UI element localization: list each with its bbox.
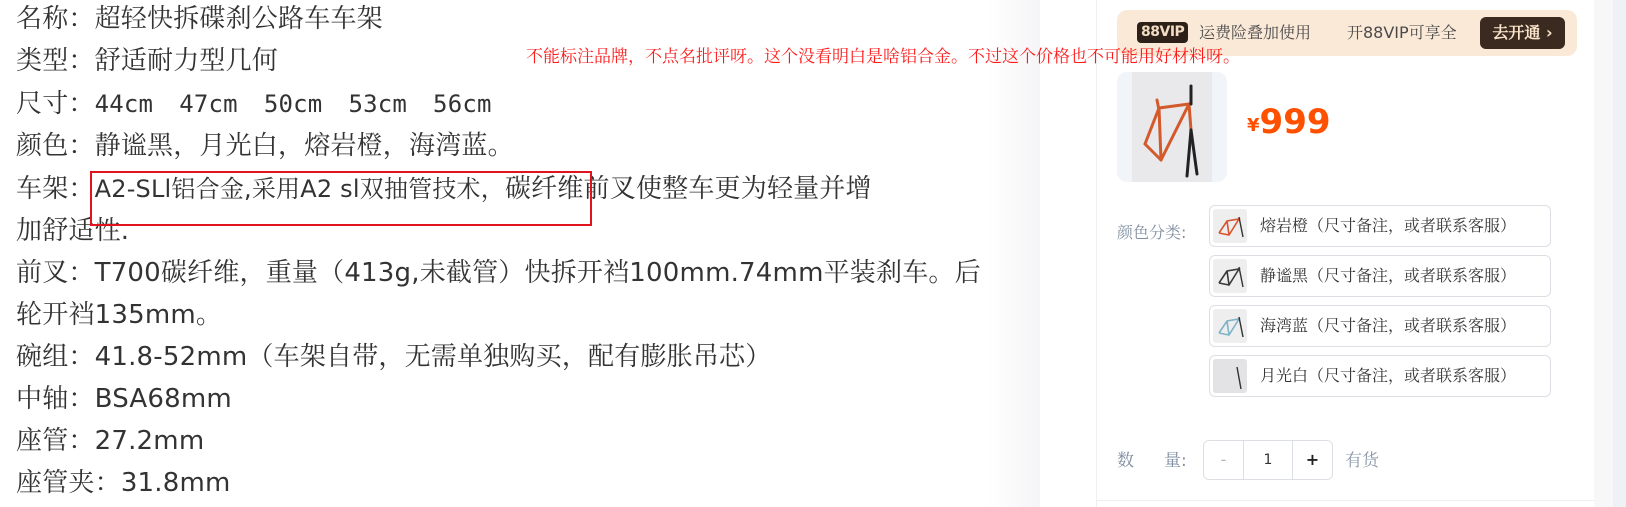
quantity-input[interactable]: 1 bbox=[1244, 441, 1292, 479]
currency-symbol: ¥ bbox=[1247, 115, 1260, 136]
vip-badge: 88VIP bbox=[1137, 22, 1188, 43]
swatch-orange-icon bbox=[1213, 209, 1247, 243]
color-option-lava-orange[interactable]: 熔岩橙（尺寸备注，或者联系客服） bbox=[1209, 205, 1551, 247]
desc-line-seat-clamp: 座管夹：31.8mm bbox=[16, 466, 231, 500]
desc-line-sizes: 尺寸：44cm47cm50cm53cm56cm bbox=[16, 87, 492, 121]
stock-status: 有货 bbox=[1345, 450, 1379, 472]
size-47: 47cm bbox=[179, 90, 238, 118]
red-annotation: 不能标注品牌，不点名批评呀。这个没看明白是啥铝合金。不过这个价格也不可能用好材料… bbox=[526, 46, 1240, 68]
swatch-white-icon bbox=[1213, 359, 1247, 393]
product-price: ¥999 bbox=[1247, 100, 1331, 144]
desc-line-fork: 前叉：T700碳纤维，重量（413g,未截管）快拆开裆100mm.74mm平装刹… bbox=[16, 256, 981, 290]
desc-line-name: 名称：超轻快拆碟刹公路车车架 bbox=[16, 2, 383, 36]
desc-line-colors: 颜色：静谧黑，月光白，熔岩橙，海湾蓝。 bbox=[16, 129, 514, 163]
product-description: 名称：超轻快拆碟刹公路车车架 类型：舒适耐力型几何 尺寸：44cm47cm50c… bbox=[0, 0, 1040, 507]
quantity-label: 数量: bbox=[1117, 450, 1187, 472]
desc-line-headset: 碗组：41.8-52mm（车架自带，无需单独购买，配有膨胀吊芯） bbox=[16, 340, 771, 374]
color-category-label: 颜色分类: bbox=[1117, 222, 1186, 244]
increase-quantity-button[interactable]: + bbox=[1292, 441, 1332, 479]
red-highlight-box bbox=[90, 171, 592, 226]
color-option-quiet-black[interactable]: 静谧黑（尺寸备注，或者联系客服） bbox=[1209, 255, 1551, 297]
vip-activate-button[interactable]: 去开通 › bbox=[1480, 17, 1565, 49]
product-thumbnail[interactable] bbox=[1117, 72, 1227, 182]
desc-line-seatpost: 座管：27.2mm bbox=[16, 424, 204, 458]
size-56: 56cm bbox=[433, 90, 492, 118]
quantity-stepper: - 1 + bbox=[1203, 440, 1333, 480]
price-amount: 999 bbox=[1260, 102, 1331, 142]
color-option-moonlight-white[interactable]: 月光白（尺寸备注，或者联系客服） bbox=[1209, 355, 1551, 397]
vip-promo-text-2: 开88VIP可享全 bbox=[1347, 22, 1461, 44]
desc-line-fork-cont: 轮开裆135mm。 bbox=[16, 298, 222, 332]
side-rail bbox=[1594, 0, 1626, 507]
vip-promo-text-1: 运费险叠加使用 bbox=[1199, 22, 1309, 44]
desc-line-type: 类型：舒适耐力型几何 bbox=[16, 44, 278, 78]
size-53: 53cm bbox=[348, 90, 407, 118]
divider bbox=[1096, 500, 1594, 501]
swatch-black-icon bbox=[1213, 259, 1247, 293]
color-option-bay-blue[interactable]: 海湾蓝（尺寸备注，或者联系客服） bbox=[1209, 305, 1551, 347]
bike-frame-icon bbox=[1117, 72, 1227, 182]
size-44: 44cm bbox=[95, 90, 154, 118]
size-50: 50cm bbox=[264, 90, 323, 118]
swatch-blue-icon bbox=[1213, 309, 1247, 343]
decrease-quantity-button[interactable]: - bbox=[1204, 441, 1244, 479]
desc-line-bottom-bracket: 中轴：BSA68mm bbox=[16, 382, 232, 416]
